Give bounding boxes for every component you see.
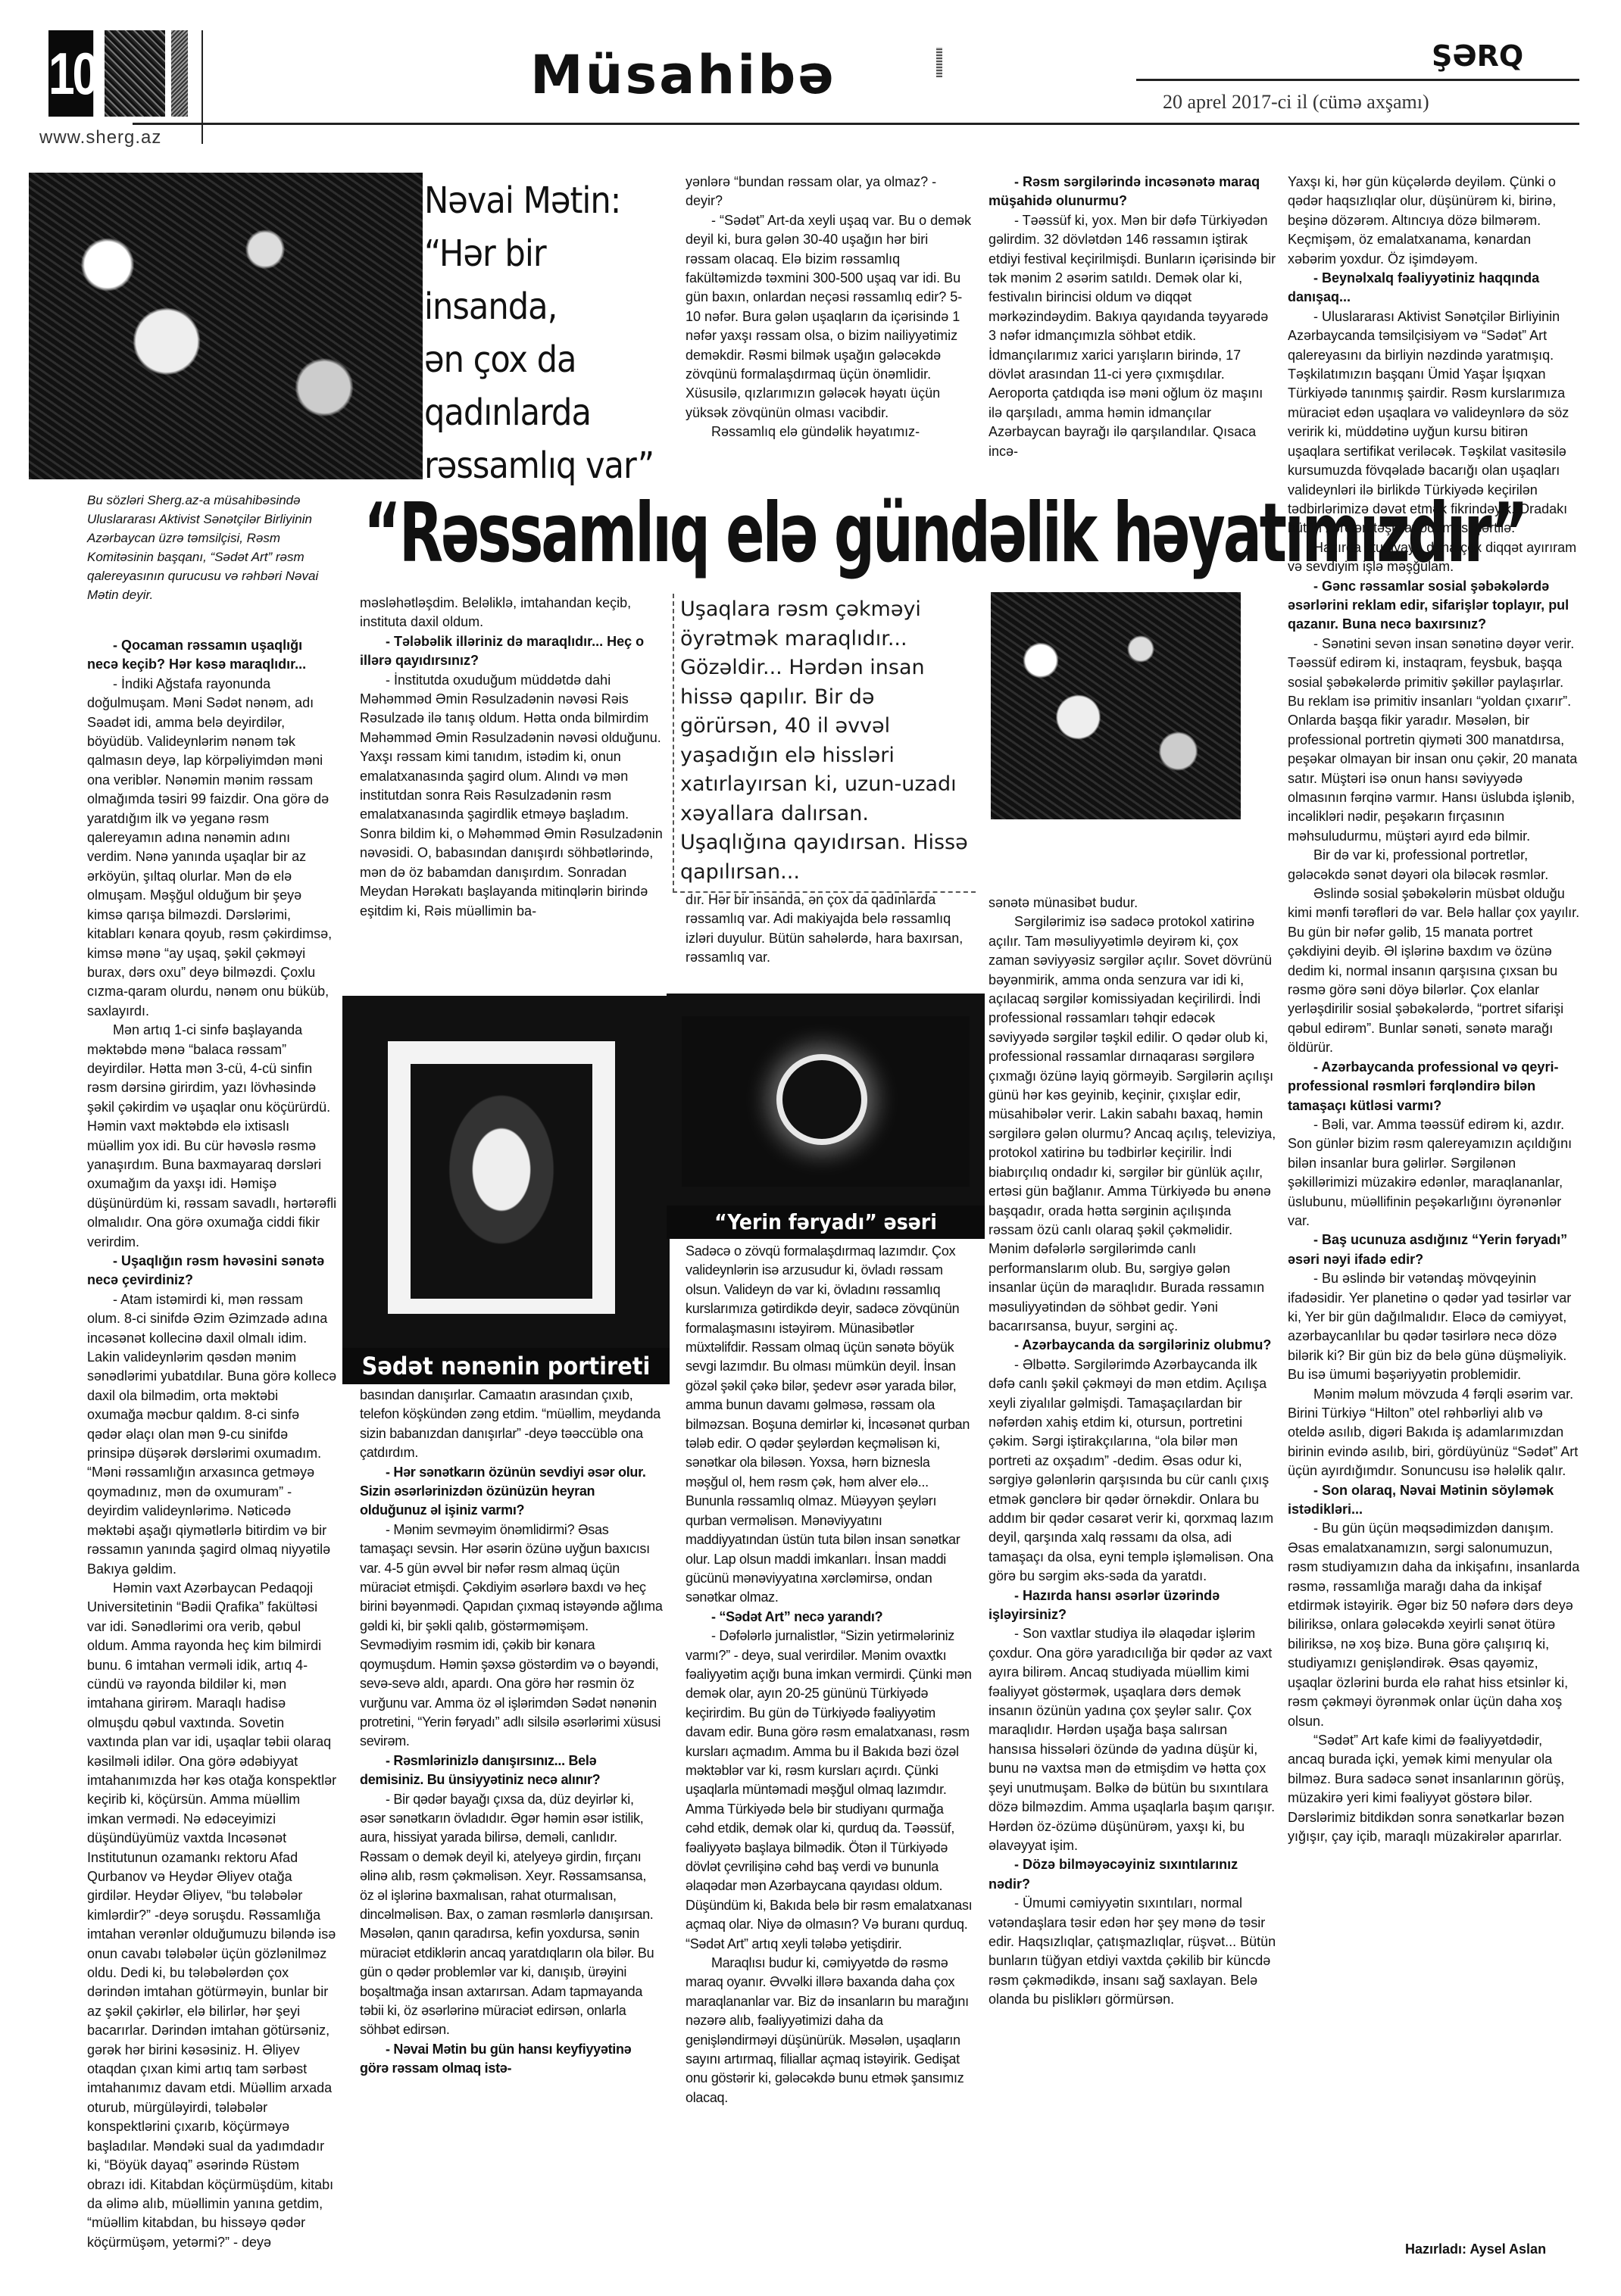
deck-line: Nəvai Mətin: bbox=[424, 174, 674, 227]
studio-photo bbox=[991, 592, 1241, 819]
interview-answer: sənətə münasibət budur. bbox=[989, 894, 1276, 912]
interview-answer: Mənim məlum mövzuda 4 fərqli əsərim var.… bbox=[1288, 1385, 1583, 1481]
interview-answer: Hazırda studiyaya daha çox diqqət ayırır… bbox=[1288, 538, 1583, 577]
yerin-feryadi-painting bbox=[667, 994, 985, 1206]
main-headline: “Rəssamlıq elə gündəlik həyatımızdır” bbox=[364, 485, 1096, 583]
interview-answer: - Uluslararası Aktivist Sənətçilər Birli… bbox=[1288, 307, 1583, 538]
interview-answer: məsləhətləşdim. Beləliklə, imtahandan ke… bbox=[360, 594, 663, 632]
interview-answer: Yaxşı ki, hər gün küçələrdə deyiləm. Çün… bbox=[1288, 173, 1583, 269]
interview-question: - Rəsmlərinizlə danışırsınız... Belə dem… bbox=[360, 1752, 663, 1790]
interview-answer: - Dəfələrlə jurnalistlər, “Sizin yetirmə… bbox=[686, 1627, 973, 1954]
interview-answer: Bir də var ki, professional portretlər, … bbox=[1288, 846, 1583, 884]
interview-question: - Qocaman rəssamın uşaqlığı necə keçib? … bbox=[87, 636, 337, 675]
newspaper-logo: ŞƏRQ bbox=[1432, 39, 1523, 73]
interview-photo bbox=[29, 173, 423, 479]
headline-deck: Nəvai Mətin: “Hər bir insanda, ən çox da… bbox=[424, 174, 674, 492]
interview-question: - Rəsm sərgilərində incəsənətə maraq müş… bbox=[989, 173, 1276, 211]
interview-answer: Mən artıq 1-ci sinfə başlayanda məktəbdə… bbox=[87, 1021, 337, 1252]
article-column-2-bottom: basından danışırlar. Camaatın arasından … bbox=[360, 1386, 663, 2249]
interview-question: - Hər sənətkarın özünün sevdiyi əsər olu… bbox=[360, 1463, 663, 1521]
interview-answer: - Sənətini sevən insan sənətinə dəyər ve… bbox=[1288, 635, 1583, 846]
interview-answer: - Bəli, var. Amma təəssüf edirəm ki, azd… bbox=[1288, 1115, 1583, 1231]
issue-date: 20 aprel 2017-ci il (cümə axşamı) bbox=[1163, 91, 1429, 114]
interview-question: - Hazırda hansı əsərlər üzərində işləyir… bbox=[989, 1586, 1276, 1625]
interview-answer: - İnstitutda oxuduğum müddətdə dahi Məhə… bbox=[360, 671, 663, 921]
interview-answer: basından danışırlar. Camaatın arasından … bbox=[360, 1386, 663, 1463]
byline: Hazırladı: Aysel Aslan bbox=[1405, 2241, 1546, 2257]
article-column-1: - Qocaman rəssamın uşaqlığı necə keçib? … bbox=[87, 636, 337, 2264]
interview-answer: - Son vaxtlar studiya ilə əlaqədar işlər… bbox=[989, 1624, 1276, 1855]
interview-question: - Beynəlxalq fəaliyyətiniz haqqında danı… bbox=[1288, 269, 1583, 307]
article-intro: Bu sözləri Sherg.az-a müsahibəsində Ulus… bbox=[87, 491, 337, 604]
interview-answer: yənlərə “bundan rəssam olar, ya olmaz? -… bbox=[686, 173, 973, 211]
interview-answer: Sadəcə o zövqü formalaşdırmaq lazımdır. … bbox=[686, 1242, 973, 1608]
section-title: Müsahibə bbox=[530, 44, 836, 106]
interview-answer: - Bu əslində bir vətəndaş mövqeyinin ifa… bbox=[1288, 1269, 1583, 1384]
interview-question: - Son olaraq, Nəvai Mətinin söyləmək ist… bbox=[1288, 1481, 1583, 1520]
deck-line: insanda, bbox=[424, 280, 674, 333]
interview-question: - Nəvai Mətin bu gün hansı keyfiyyətinə … bbox=[360, 2040, 663, 2079]
page-number: 10 bbox=[48, 30, 93, 117]
interview-answer: - “Sədət” Art-da xeyli uşaq var. Bu o de… bbox=[686, 211, 973, 423]
interview-question: - Tələbəlik illəriniz də maraqlıdır... H… bbox=[360, 632, 663, 671]
header-texture bbox=[105, 30, 165, 117]
portrait-painting bbox=[342, 996, 670, 1348]
article-column-3-mid: dır. Hər bir insanda, ən çox da qadınlar… bbox=[686, 891, 973, 981]
interview-question: - Uşaqlığın rəsm həvəsini sənətə necə çe… bbox=[87, 1252, 337, 1290]
article-column-4-top: - Rəsm sərgilərində incəsənətə maraq müş… bbox=[989, 173, 1276, 483]
article-column-4-bottom: sənətə münasibət budur.Sərgilərimiz isə … bbox=[989, 894, 1276, 2241]
article-column-3-bottom: Sadəcə o zövqü formalaşdırmaq lazımdır. … bbox=[686, 1242, 973, 2249]
interview-answer: - İndiki Ağstafa rayonunda doğulmuşam. M… bbox=[87, 675, 337, 1021]
interview-answer: - Atam istəmirdi ki, mən rəssam olum. 8-… bbox=[87, 1290, 337, 1579]
header-divider bbox=[201, 30, 203, 144]
interview-answer: - Bir qədər bayağı çıxsa da, düz deyirlə… bbox=[360, 1790, 663, 2040]
interview-answer: Əslində sosial şəbəkələrin müsbət olduğu… bbox=[1288, 884, 1583, 1058]
interview-answer: Həmin vaxt Azərbaycan Pedaqoji Universit… bbox=[87, 1579, 337, 2252]
interview-answer: “Sədət” Art kafe kimi də fəaliyyətdədir,… bbox=[1288, 1731, 1583, 1846]
interview-answer: Sərgilərimiz isə sadəcə protokol xatirin… bbox=[989, 912, 1276, 1336]
header-texture-small bbox=[936, 47, 942, 77]
article-column-5: Yaxşı ki, hər gün küçələrdə deyiləm. Çün… bbox=[1288, 173, 1583, 2232]
deck-line: “Hər bir bbox=[424, 227, 674, 280]
pull-quote: Uşaqlara rəsm çəkməyi öyrətmək maraqlıdı… bbox=[673, 594, 976, 893]
portrait-caption: Sədət nənənin portireti bbox=[342, 1348, 670, 1384]
article-column-2-top: məsləhətləşdim. Beləliklə, imtahandan ke… bbox=[360, 594, 663, 987]
interview-question: - “Sədət Art” necə yarandı? bbox=[686, 1608, 973, 1627]
deck-line: qadınlarda bbox=[424, 386, 674, 439]
interview-answer: Maraqlısı budur ki, cəmiyyətdə də rəsmə … bbox=[686, 1954, 973, 2107]
header-rule bbox=[133, 123, 1579, 125]
interview-answer: - Bu gün üçün məqsədimizdən danışım. Əsa… bbox=[1288, 1519, 1583, 1730]
interview-question: - Azərbaycanda professional və qeyri-pro… bbox=[1288, 1058, 1583, 1115]
interview-answer: - Ümumi cəmiyyətin sıxıntıları, normal v… bbox=[989, 1894, 1276, 2009]
interview-answer: - Təəssüf ki, yox. Mən bir dəfə Türkiyəd… bbox=[989, 211, 1276, 461]
interview-question: - Gənc rəssamlar sosial şəbəkələrdə əsər… bbox=[1288, 577, 1583, 635]
interview-answer: Rəssamlıq elə gündəlik həyatımız- bbox=[686, 423, 973, 441]
deck-line: ən çox da bbox=[424, 333, 674, 386]
interview-question: - Azərbaycanda da sərgiləriniz olubmu? bbox=[989, 1336, 1276, 1355]
interview-answer: dır. Hər bir insanda, ən çox da qadınlar… bbox=[686, 891, 973, 968]
header-texture-strip bbox=[171, 30, 188, 117]
painting-caption: “Yerin fəryadı” əsəri bbox=[667, 1206, 985, 1239]
interview-question: - Dözə bilməyəcəyiniz sıxıntılarınız nəd… bbox=[989, 1855, 1276, 1894]
website-link[interactable]: www.sherg.az bbox=[39, 127, 161, 148]
article-column-3-top: yənlərə “bundan rəssam olar, ya olmaz? -… bbox=[686, 173, 973, 483]
interview-answer: - Əlbəttə. Sərgilərimdə Azərbaycanda ilk… bbox=[989, 1355, 1276, 1586]
interview-answer: - Mənim sevməyim önəmlidirmi? Əsas tamaş… bbox=[360, 1521, 663, 1752]
brand-rule bbox=[1136, 79, 1579, 81]
interview-question: - Baş ucunuza asdığınız “Yerin fəryadı” … bbox=[1288, 1231, 1583, 1269]
